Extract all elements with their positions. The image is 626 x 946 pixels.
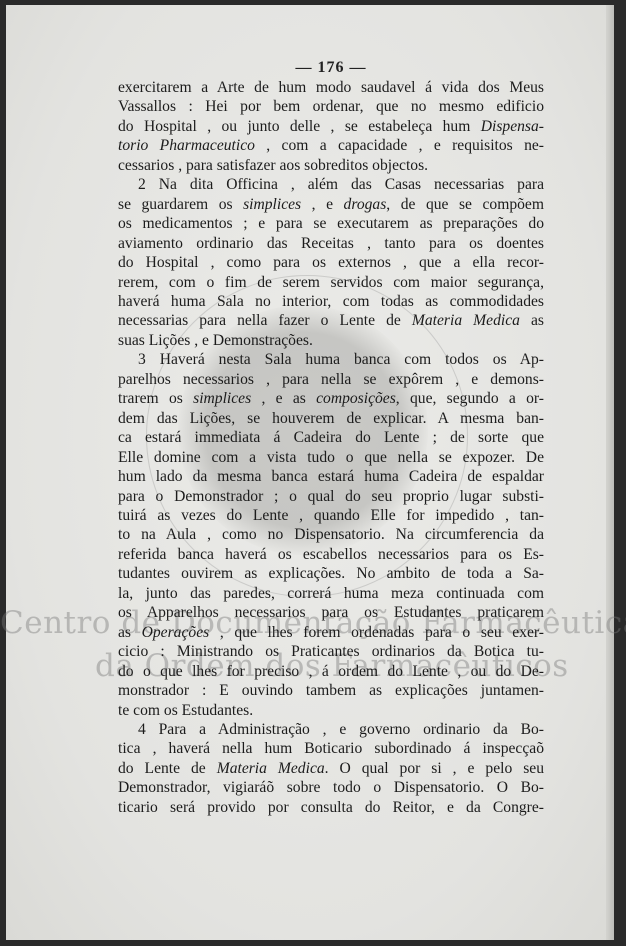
text-run: parelhos necessarios , para nella se exp…	[118, 371, 544, 388]
text-line: tudantes ouvirem as explicações. No ambi…	[118, 564, 544, 583]
text-line: tuirá as vezes do Lente , quando Elle fo…	[118, 506, 544, 525]
text-line: necessarias para nella fazer o Lente de …	[118, 311, 544, 330]
text-run: exercitarem a Arte de hum modo saudavel …	[118, 79, 544, 96]
body-text: — 176 — exercitarem a Arte de hum modo s…	[118, 58, 544, 817]
text-line: Elle domine com a vista tudo o que nella…	[118, 448, 544, 467]
text-line: te com os Estudantes.	[118, 701, 544, 720]
text-line: suas Lições , e Demonstrações.	[118, 331, 544, 350]
text-run: do Hospital , como para os externos , qu…	[118, 254, 544, 271]
text-run: 2 Na dita Officina , além das Casas nece…	[138, 176, 544, 193]
text-run: 3 Haverá nesta Sala huma banca com todos…	[138, 351, 544, 368]
text-run: cessarios , para satisfazer aos sobredit…	[118, 157, 428, 174]
text-line: os Apparelhos necessarios para os Estuda…	[118, 603, 544, 622]
text-line: haverá huma Sala no interior, com todas …	[118, 292, 544, 311]
text-run: , com a capacidade , e requisitos ne-	[255, 137, 544, 154]
text-line: torio Pharmaceutico , com a capacidade ,…	[118, 136, 544, 155]
italic-text: simplices	[243, 196, 301, 213]
text-line: do Lente de Materia Medica. O qual por s…	[118, 759, 544, 778]
text-run: Vassallos : Hei por bem ordenar, que no …	[118, 98, 544, 115]
text-line: 3 Haverá nesta Sala huma banca com todos…	[118, 350, 544, 369]
text-line: la, junto das paredes, correrá huma meza…	[118, 584, 544, 603]
text-run: referida banca haverá os escabellos nece…	[118, 546, 544, 563]
text-run: os medicamentos ; e para se executarem a…	[118, 215, 544, 232]
italic-text: Dispensa-	[481, 118, 544, 135]
text-run: do Hospital , ou junto delle , se estabe…	[118, 118, 481, 135]
text-line: cicio : Ministrando os Praticantes ordin…	[118, 642, 544, 661]
text-run: 4 Para a Administração , e governo ordin…	[138, 721, 544, 738]
text-run: tudantes ouvirem as explicações. No ambi…	[118, 565, 544, 582]
italic-text: simplices	[193, 390, 251, 407]
text-line: os medicamentos ; e para se executarem a…	[118, 214, 544, 233]
text-run: se guardarem os	[118, 196, 243, 213]
text-run: do o que lhes for preciso , á ordem do L…	[118, 663, 544, 680]
text-run: ticario será provido por consulta do Rei…	[118, 799, 544, 816]
text-line: do Hospital , como para os externos , qu…	[118, 253, 544, 272]
text-run: os Apparelhos necessarios para os Estuda…	[118, 604, 544, 621]
text-run: trarem os	[118, 390, 193, 407]
text-run: tuirá as vezes do Lente , quando Elle fo…	[118, 507, 544, 524]
text-line: cessarios , para satisfazer aos sobredit…	[118, 156, 544, 175]
text-line: para o Demonstrador ; o qual do seu prop…	[118, 487, 544, 506]
italic-text: Materia Medica	[217, 760, 325, 777]
text-run: dem das Lições, se houverem de explicar.…	[118, 410, 544, 427]
text-line: exercitarem a Arte de hum modo saudavel …	[118, 78, 544, 97]
text-run: hum lado da mesma banca estará huma Cade…	[118, 468, 544, 485]
text-run: suas Lições , e Demonstrações.	[118, 332, 313, 349]
text-run: to na Aula , como no Dispensatorio. Na c…	[118, 526, 544, 543]
text-run: la, junto das paredes, correrá huma meza…	[118, 585, 544, 602]
text-run: para o Demonstrador ; o qual do seu prop…	[118, 488, 544, 505]
page-number: — 176 —	[118, 58, 544, 78]
text-run: monstrador : E ouvindo tambem as explica…	[118, 682, 544, 699]
text-run: , que lhes forem ordenadas para o seu ex…	[209, 624, 544, 641]
text-line: dem das Lições, se houverem de explicar.…	[118, 409, 544, 428]
text-line: Vassallos : Hei por bem ordenar, que no …	[118, 97, 544, 116]
italic-text: Operações	[142, 624, 210, 641]
text-line: ca estará immediata á Cadeira do Lente ;…	[118, 428, 544, 447]
text-line: do o que lhes for preciso , á ordem do L…	[118, 662, 544, 681]
text-line: se guardarem os simplices , e drogas, de…	[118, 195, 544, 214]
text-line: trarem os simplices , e as composições, …	[118, 389, 544, 408]
text-run: haverá huma Sala no interior, com todas …	[118, 293, 544, 310]
text-run: do Lente de	[118, 760, 217, 777]
text-run: , e	[301, 196, 343, 213]
text-line: tica , haverá nella hum Boticario subord…	[118, 739, 544, 758]
text-run: . O qual por si , e pelo seu	[325, 760, 544, 777]
text-run: te com os Estudantes.	[118, 702, 253, 719]
text-line: as Operações , que lhes forem ordenadas …	[118, 623, 544, 642]
text-line: referida banca haverá os escabellos nece…	[118, 545, 544, 564]
text-lines: exercitarem a Arte de hum modo saudavel …	[118, 78, 544, 817]
text-run: as	[520, 312, 544, 329]
text-run: necessarias para nella fazer o Lente de	[118, 312, 412, 329]
text-run: aviamento ordinario das Receitas , tanto…	[118, 235, 544, 252]
text-line: Demonstrador, vigiaráõ sobre todo o Disp…	[118, 778, 544, 797]
italic-text: Materia Medica	[412, 312, 520, 329]
text-run: rerem, com o fim de serem servidos com m…	[118, 274, 544, 291]
text-line: to na Aula , como no Dispensatorio. Na c…	[118, 525, 544, 544]
text-run: Demonstrador, vigiaráõ sobre todo o Disp…	[118, 779, 544, 796]
text-run: Elle domine com a vista tudo o que nella…	[118, 449, 544, 466]
text-line: do Hospital , ou junto delle , se estabe…	[118, 117, 544, 136]
text-line: 4 Para a Administração , e governo ordin…	[118, 720, 544, 739]
text-line: parelhos necessarios , para nella se exp…	[118, 370, 544, 389]
text-run: , que, segundo a or-	[396, 390, 544, 407]
italic-text: drogas	[344, 196, 387, 213]
text-run: tica , haverá nella hum Boticario subord…	[118, 740, 544, 757]
text-line: hum lado da mesma banca estará huma Cade…	[118, 467, 544, 486]
text-line: monstrador : E ouvindo tambem as explica…	[118, 681, 544, 700]
text-run: ca estará immediata á Cadeira do Lente ;…	[118, 429, 544, 446]
text-run: cicio : Ministrando os Praticantes ordin…	[118, 643, 544, 660]
text-run: as	[118, 624, 142, 641]
text-line: 2 Na dita Officina , além das Casas nece…	[118, 175, 544, 194]
text-line: rerem, com o fim de serem servidos com m…	[118, 273, 544, 292]
italic-text: torio Pharmaceutico	[118, 137, 255, 154]
text-line: aviamento ordinario das Receitas , tanto…	[118, 234, 544, 253]
text-run: , e as	[251, 390, 316, 407]
italic-text: composições	[316, 390, 396, 407]
text-line: ticario será provido por consulta do Rei…	[118, 798, 544, 817]
text-run: , de que se compõem	[386, 196, 544, 213]
page-edge-shadow	[606, 5, 614, 940]
